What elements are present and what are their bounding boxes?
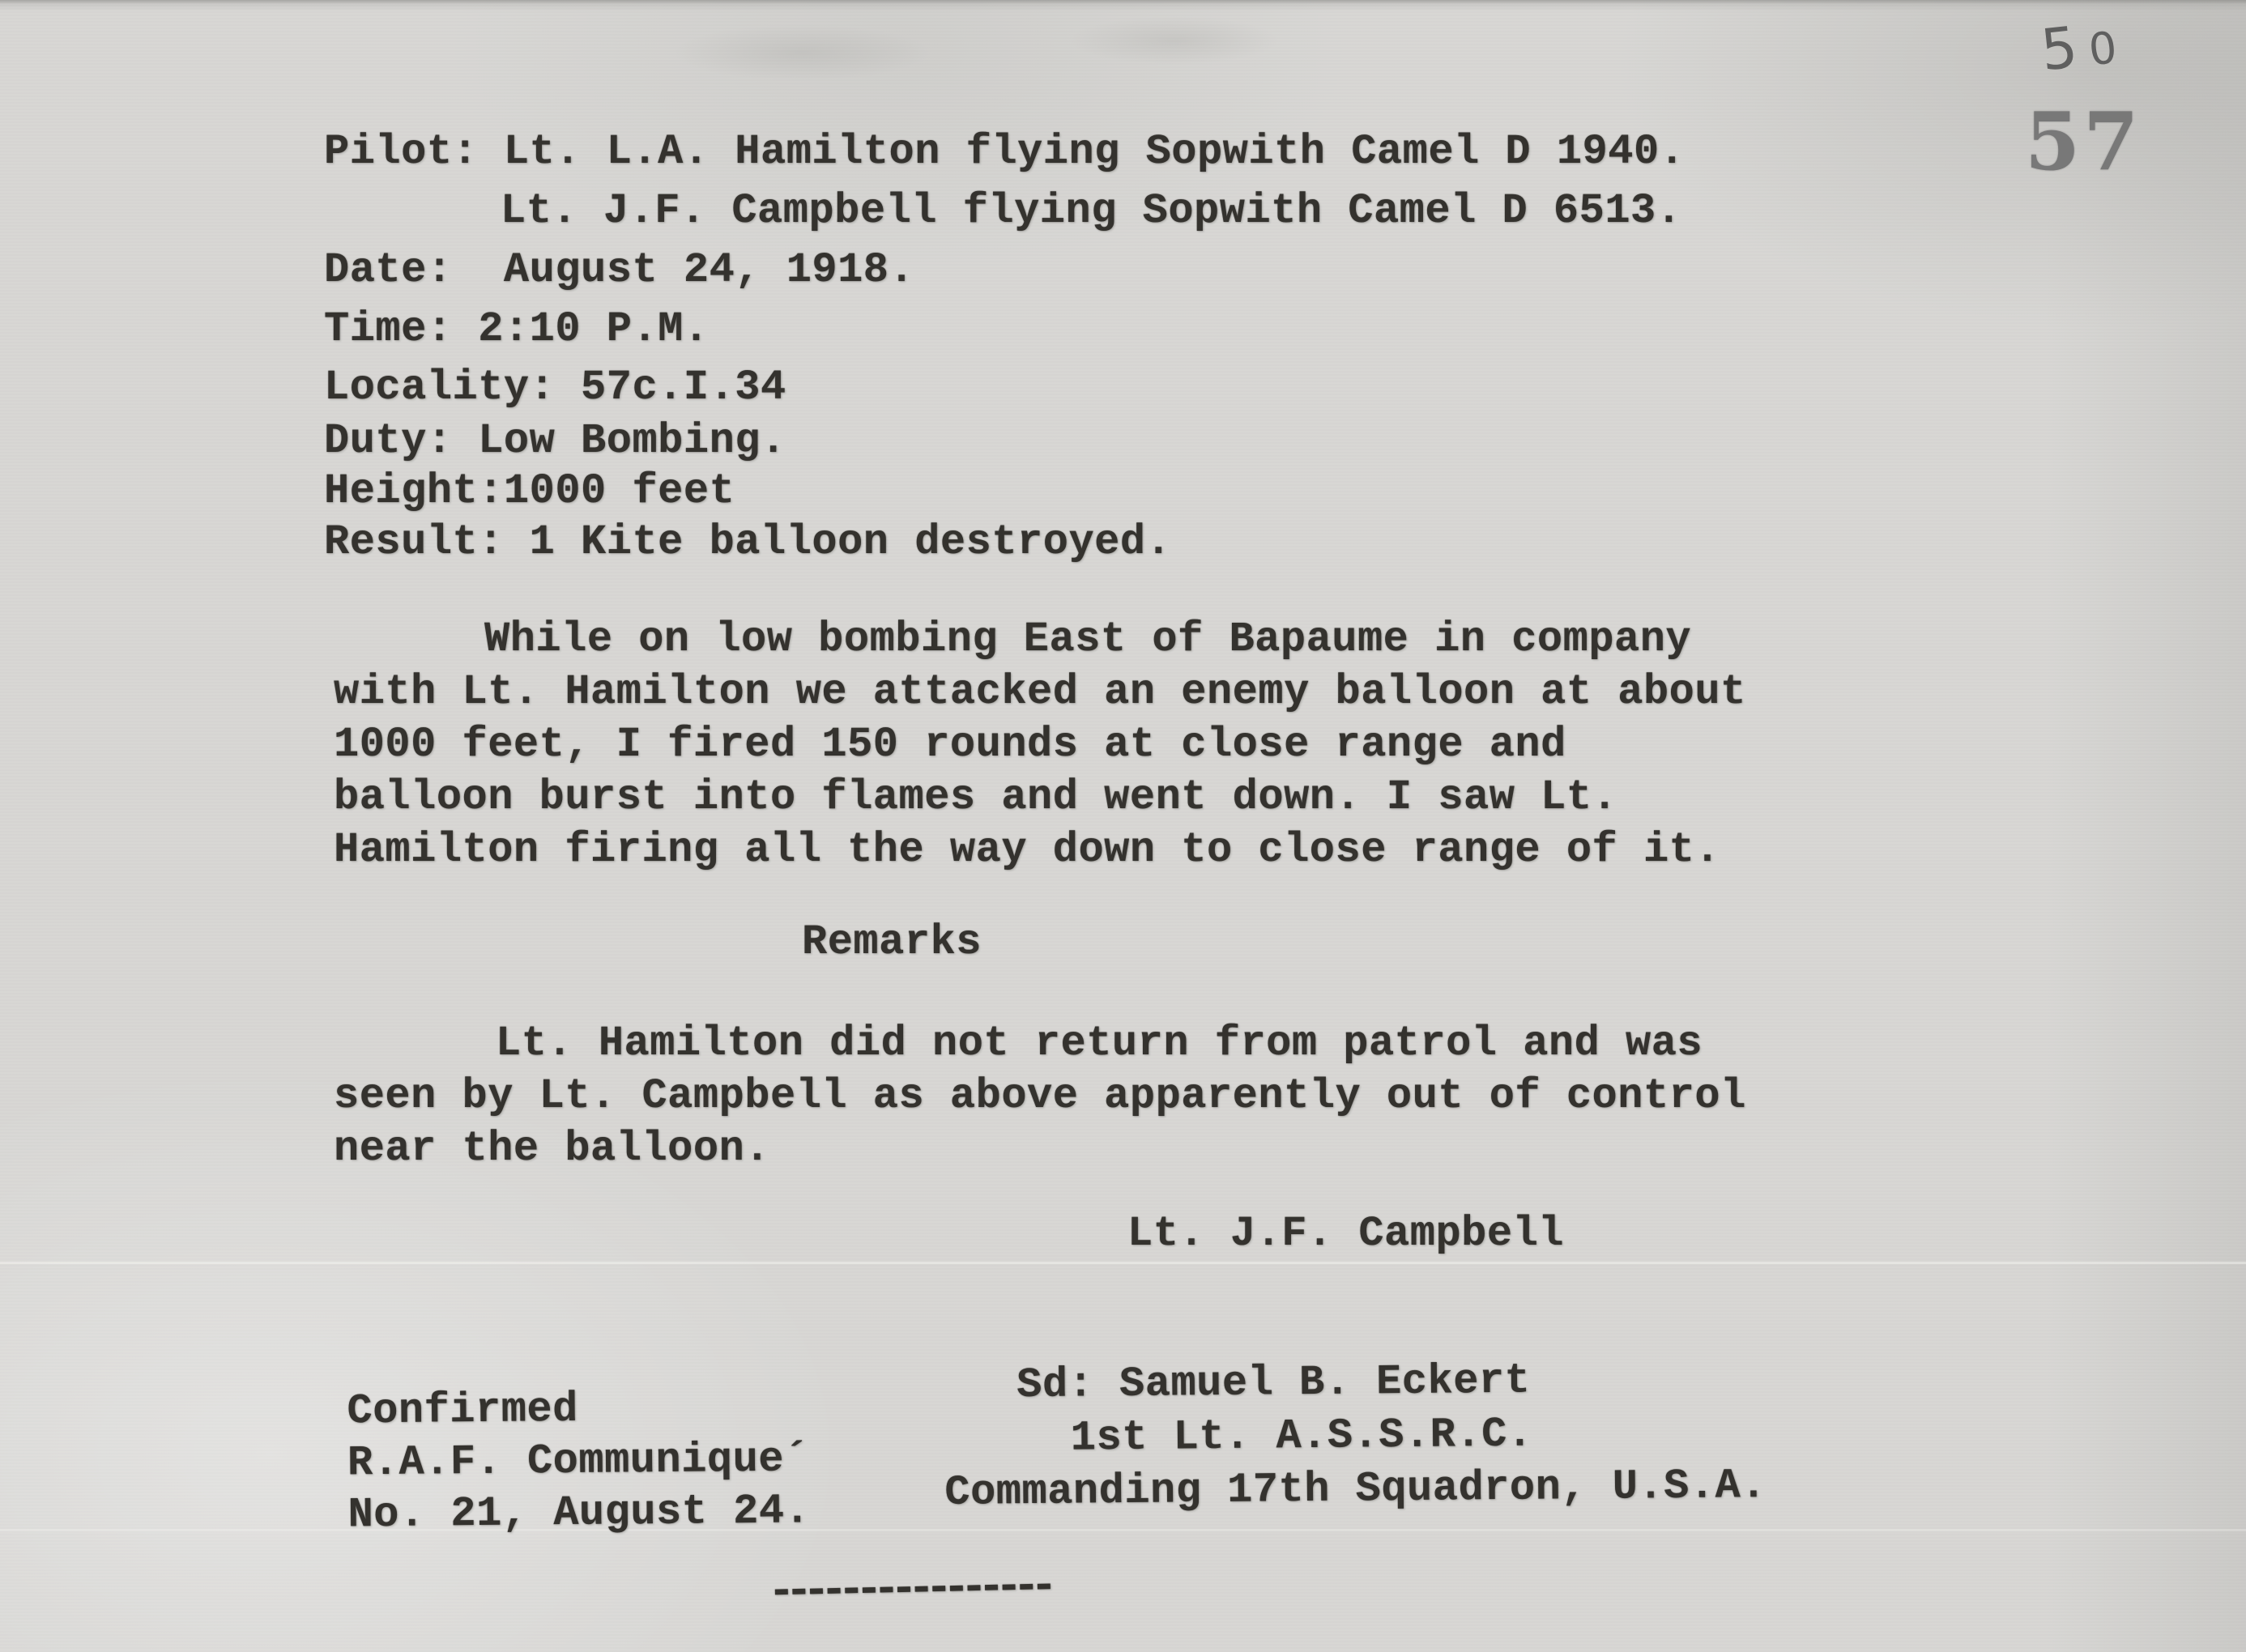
command-signature-line: 1st Lt. A.S.S.R.C.	[1071, 1411, 1533, 1462]
confirmation-line: R.A.F. Communique´	[347, 1436, 810, 1486]
confirmation-line: Confirmed	[347, 1386, 578, 1435]
command-signature-line: Sd: Samuel B. Eckert	[1016, 1358, 1531, 1409]
command-signature-line: Commanding 17th Squadron, U.S.A.	[944, 1463, 1767, 1516]
combat-report-document: 50 57 Pilot: Lt. L.A. Hamilton flying So…	[0, 0, 2246, 1652]
confirmation-line: No. 21, August 24.	[347, 1488, 810, 1538]
bottom-section: Confirmed R.A.F. Communique´ No. 21, Aug…	[0, 0, 2246, 1652]
dashed-separator: ----------------	[767, 1561, 1048, 1617]
